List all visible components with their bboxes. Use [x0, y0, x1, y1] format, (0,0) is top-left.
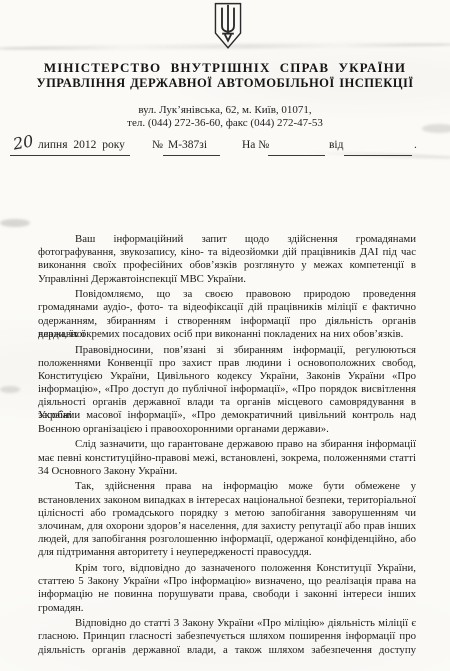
- doc-number-label: №: [152, 139, 163, 151]
- text-line: громадян.: [38, 602, 416, 615]
- handwritten-day: 20: [12, 131, 35, 153]
- text-line: Правовідносини, пов’язані зі збиранням і…: [38, 344, 416, 357]
- text-line: інформацію», «Про доступ до публічної ін…: [38, 383, 416, 396]
- text-line: положеннями Конвенції про захист прав лю…: [38, 357, 416, 370]
- text-line: Управлінні Державтоінспекції МВС України…: [38, 273, 416, 286]
- text-line: діяльність органів державної влади, а та…: [38, 644, 416, 657]
- text-line: Слід зазначити, що гарантоване державою …: [38, 438, 416, 451]
- text-line: Відповідно до статті 3 Закону України «П…: [38, 617, 416, 630]
- ukraine-trident-emblem: [211, 2, 245, 50]
- scan-smudge: [0, 386, 20, 393]
- text-line: злочинам, для охорони здоров’я населення…: [38, 520, 416, 533]
- text-line: людей, для запобігання розголошенню інфо…: [38, 533, 416, 546]
- body-paragraph: Повідомляємо, що за своєю правовою приро…: [38, 288, 416, 341]
- address-line: вул. Лук’янівська, 62, м. Київ, 01071,: [0, 104, 450, 116]
- body-paragraph: Крім того, відповідно до зазначеного пол…: [38, 562, 416, 615]
- text-line: Так, здійснення права на інформацію може…: [38, 480, 416, 493]
- text-line: громадянами аудіо-, фото- та відеофіксац…: [38, 301, 416, 314]
- ministry-title: МІНІСТЕРСТВО ВНУТРІШНІХ СПРАВ УКРАЇНИ: [0, 60, 450, 76]
- text-line: встановлених законом випадках в інтереса…: [38, 494, 416, 507]
- letter-body: Ваш інформаційний запит щодо здійснення …: [38, 233, 416, 659]
- reference-line: 20 липня 2012 року № М-387зі На № від .: [0, 136, 450, 160]
- reply-number-blank: [268, 155, 325, 156]
- body-paragraph: Слід зазначити, що гарантоване державою …: [38, 438, 416, 478]
- text-line: для підтримання авторитету і неупереджен…: [38, 546, 416, 559]
- reply-to-label: На №: [242, 139, 269, 151]
- text-line: одержанням, збиранням і створенням інфор…: [38, 315, 416, 328]
- scanned-letter-page: МІНІСТЕРСТВО ВНУТРІШНІХ СПРАВ УКРАЇНИ УП…: [0, 0, 450, 671]
- doc-number: М-387зі: [168, 139, 207, 151]
- text-line: 34 Основного Закону України.: [38, 465, 416, 478]
- text-line: Ваш інформаційний запит щодо здійснення …: [38, 233, 416, 246]
- text-line: виконання своїх професійних обов’язків р…: [38, 259, 416, 272]
- text-line: діяльності органів державної влади та ор…: [38, 396, 416, 409]
- text-line: цілісності або громадського порядку з ме…: [38, 507, 416, 520]
- text-line: має певні конституційно-правові межі, вс…: [38, 452, 416, 465]
- reply-from-label: від: [329, 139, 343, 151]
- text-line: влади, їх окремих посадових осіб при вик…: [38, 328, 416, 341]
- scan-smudge: [0, 219, 30, 227]
- text-line: гласною. Принцип гласності забезпечуєтьс…: [38, 630, 416, 643]
- text-line: статтею 5 Закону України «Про інформацію…: [38, 575, 416, 588]
- text-line: Крім того, відповідно до зазначеного пол…: [38, 562, 416, 575]
- trailing-period: .: [414, 139, 417, 151]
- text-line: фотографування, звукозапису, кіно- та ві…: [38, 246, 416, 259]
- body-paragraph: Правовідносини, пов’язані зі збиранням і…: [38, 344, 416, 436]
- doc-number-underline: [163, 155, 220, 156]
- date-text: липня 2012 року: [38, 139, 125, 151]
- department-title: УПРАВЛІННЯ ДЕРЖАВНОЇ АВТОМОБІЛЬНОЇ ІНСПЕ…: [0, 76, 450, 91]
- text-line: Воєнною організацією і правоохоронними о…: [38, 423, 416, 436]
- date-underline: [10, 155, 130, 156]
- body-paragraph: Ваш інформаційний запит щодо здійснення …: [38, 233, 416, 286]
- text-line: інформацію не повинна порушувати права, …: [38, 588, 416, 601]
- text-line: засобами масової інформації», «Про демок…: [38, 409, 416, 422]
- text-line: Конституцією України, Цивільного кодексу…: [38, 370, 416, 383]
- body-paragraph: Відповідно до статті 3 Закону України «П…: [38, 617, 416, 657]
- phone-fax-line: тел. (044) 272-36-60, факс (044) 272-47-…: [0, 117, 450, 129]
- text-line: Повідомляємо, що за своєю правовою приро…: [38, 288, 416, 301]
- body-paragraph: Так, здійснення права на інформацію може…: [38, 480, 416, 559]
- reply-date-blank: [344, 155, 412, 156]
